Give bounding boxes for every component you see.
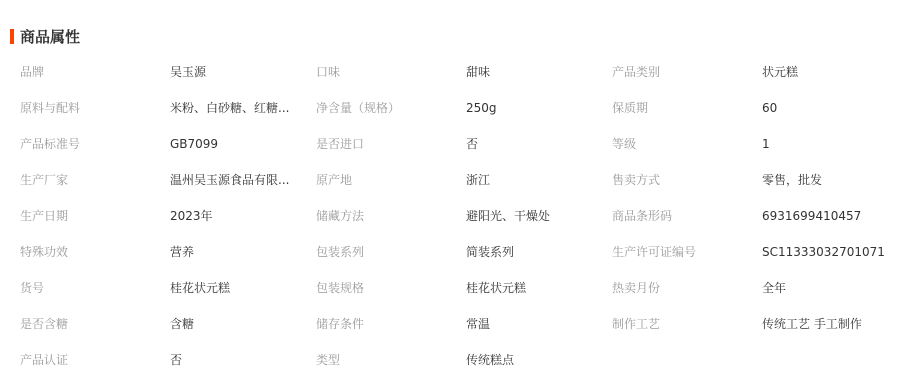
attribute-row: 是否含糖 含糖 储存条件 常温 制作工艺 传统工艺 手工制作 <box>0 312 899 348</box>
attribute-value-package-series: 简装系列 <box>466 240 514 264</box>
attribute-label-production-date: 生产日期 <box>20 204 68 228</box>
attribute-value-production-date: 2023年 <box>170 204 213 228</box>
attribute-value-storage-condition: 常温 <box>466 312 490 336</box>
attribute-value-craft: 传统工艺 手工制作 <box>762 312 862 336</box>
attribute-row: 生产厂家 温州吴玉源食品有限... 原产地 浙江 售卖方式 零售，批发 <box>0 168 899 204</box>
attribute-value-license-no: SC11333032701071 <box>762 240 885 264</box>
section-title: 商品属性 <box>20 26 80 47</box>
attribute-label-type: 类型 <box>316 348 340 372</box>
attribute-label-standard-no: 产品标准号 <box>20 132 80 156</box>
attribute-label-grade: 等级 <box>612 132 636 156</box>
attribute-label-item-no: 货号 <box>20 276 44 300</box>
attribute-row: 特殊功效 营养 包装系列 简装系列 生产许可证编号 SC113330327010… <box>0 240 899 276</box>
attribute-value-barcode: 6931699410457 <box>762 204 861 228</box>
attribute-value-ingredients: 米粉、白砂糖、红糖... <box>170 96 289 120</box>
attribute-value-category: 状元糕 <box>762 60 798 84</box>
attribute-row: 货号 桂花状元糕 包装规格 桂花状元糕 热卖月份 全年 <box>0 276 899 312</box>
attribute-value-manufacturer: 温州吴玉源食品有限... <box>170 168 289 192</box>
attribute-label-barcode: 商品条形码 <box>612 204 672 228</box>
attribute-label-imported: 是否进口 <box>316 132 364 156</box>
attribute-label-brand: 品牌 <box>20 60 44 84</box>
attribute-row: 品牌 吴玉源 口味 甜味 产品类别 状元糕 <box>0 60 899 96</box>
attribute-value-shelf-life: 60 <box>762 96 777 120</box>
attribute-value-imported: 否 <box>466 132 478 156</box>
attribute-label-sugar: 是否含糖 <box>20 312 68 336</box>
attribute-label-certification: 产品认证 <box>20 348 68 372</box>
attribute-row: 生产日期 2023年 储藏方法 避阳光、干燥处 商品条形码 6931699410… <box>0 204 899 240</box>
attribute-label-hot-months: 热卖月份 <box>612 276 660 300</box>
section-header: 商品属性 <box>10 26 80 46</box>
attribute-value-package-spec: 桂花状元糕 <box>466 276 526 300</box>
attribute-value-grade: 1 <box>762 132 770 156</box>
attribute-label-special-effect: 特殊功效 <box>20 240 68 264</box>
attribute-row: 原料与配料 米粉、白砂糖、红糖... 净含量（规格） 250g 保质期 60 <box>0 96 899 132</box>
attribute-value-sugar: 含糖 <box>170 312 194 336</box>
attribute-label-manufacturer: 生产厂家 <box>20 168 68 192</box>
attribute-label-package-series: 包装系列 <box>316 240 364 264</box>
attribute-value-standard-no: GB7099 <box>170 132 218 156</box>
attribute-value-sales-method: 零售，批发 <box>762 168 822 192</box>
attribute-row: 产品标准号 GB7099 是否进口 否 等级 1 <box>0 132 899 168</box>
attribute-label-package-spec: 包装规格 <box>316 276 364 300</box>
attribute-label-license-no: 生产许可证编号 <box>612 240 696 264</box>
attribute-value-flavor: 甜味 <box>466 60 490 84</box>
attribute-value-type: 传统糕点 <box>466 348 514 372</box>
attribute-grid: 品牌 吴玉源 口味 甜味 产品类别 状元糕 原料与配料 米粉、白砂糖、红糖...… <box>0 60 899 379</box>
attribute-label-craft: 制作工艺 <box>612 312 660 336</box>
attribute-label-storage-method: 储藏方法 <box>316 204 364 228</box>
attribute-row: 产品认证 否 类型 传统糕点 <box>0 348 899 379</box>
attribute-label-net-weight: 净含量（规格） <box>316 96 400 120</box>
attribute-value-hot-months: 全年 <box>762 276 786 300</box>
attribute-label-sales-method: 售卖方式 <box>612 168 660 192</box>
accent-bar <box>10 29 14 44</box>
attribute-value-origin: 浙江 <box>466 168 490 192</box>
attribute-label-shelf-life: 保质期 <box>612 96 648 120</box>
attribute-value-certification: 否 <box>170 348 182 372</box>
attribute-value-special-effect: 营养 <box>170 240 194 264</box>
attribute-label-ingredients: 原料与配料 <box>20 96 80 120</box>
attribute-label-flavor: 口味 <box>316 60 340 84</box>
attribute-value-net-weight: 250g <box>466 96 497 120</box>
attribute-label-category: 产品类别 <box>612 60 660 84</box>
attribute-label-storage-condition: 储存条件 <box>316 312 364 336</box>
attribute-value-item-no: 桂花状元糕 <box>170 276 230 300</box>
attribute-label-origin: 原产地 <box>316 168 352 192</box>
attribute-value-brand: 吴玉源 <box>170 60 206 84</box>
attribute-value-storage-method: 避阳光、干燥处 <box>466 204 550 228</box>
